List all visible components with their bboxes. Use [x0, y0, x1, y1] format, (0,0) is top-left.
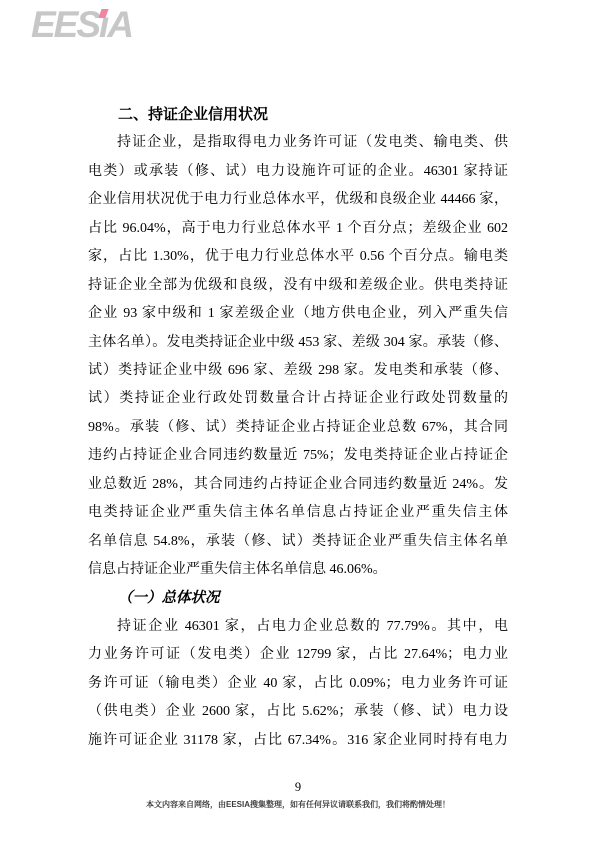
paragraph2-line: 施许可证企业 31178 家，占比 67.34%。316 家企业同时持有电力	[88, 727, 508, 755]
paragraph1-line: 试）类持证企业行政处罚数量合计占持证企业行政处罚数量的	[88, 385, 508, 413]
page-number: 9	[0, 779, 596, 795]
paragraph2-line: 力业务许可证（发电类）企业 12799 家，占比 27.64%；电力业	[88, 641, 508, 669]
paragraph1-line: 持证企业，是指取得电力业务许可证（发电类、输电类、供	[88, 129, 508, 157]
paragraph1-line: 电类持证企业严重失信主体名单信息占持证企业严重失信主体	[88, 499, 508, 527]
paragraph1-line: 企业信用状况优于电力行业总体水平，优级和良级企业 44466 家，	[88, 186, 508, 214]
paragraph1-line: 名单信息 54.8%，承装（修、试）类持证企业严重失信主体名单	[88, 528, 508, 556]
paragraph1-line: 电类）或承装（修、试）电力设施许可证的企业。46301 家持证	[88, 158, 508, 186]
footer-disclaimer: 本文内容来自网络，由EESIA搜集整理，如有任何异议请联系我们，我们将酌情处理！	[0, 799, 596, 810]
paragraph1-line: 主体名单）。发电类持证企业中级 453 家、差级 304 家。承装（修、	[88, 329, 508, 357]
paragraph1-line: 信息占持证企业严重失信主体名单信息 46.06%。	[88, 556, 508, 584]
paragraph1-line: 家，占比 1.30%，优于电力行业总体水平 0.56 个百分点。输电类	[88, 243, 508, 271]
logo-letters-pre: EES	[31, 4, 99, 45]
logo-letters-post: A	[107, 4, 132, 45]
paragraph1-line: 业总数近 28%，其合同违约占持证企业合同违约数量近 24%。发	[88, 471, 508, 499]
eesia-logo: EESıA	[31, 2, 132, 48]
subsection-heading: （一）总体状况	[88, 584, 508, 612]
paragraph2-line: 持证企业 46301 家，占电力企业总数的 77.79%。其中，电	[88, 613, 508, 641]
paragraph1-line: 企业 93 家中级和 1 家差级企业（地方供电企业，列入严重失信	[88, 300, 508, 328]
paragraph1-line: 试）类持证企业中级 696 家、差级 298 家。发电类和承装（修、	[88, 357, 508, 385]
paragraph2-line: 务许可证（输电类）企业 40 家，占比 0.09%；电力业务许可证	[88, 670, 508, 698]
section-heading: 二、持证企业信用状况	[88, 101, 508, 129]
paragraph1-line: 违约占持证企业合同违约数量近 75%；发电类持证企业占持证企	[88, 442, 508, 470]
paragraph2-line: （供电类）企业 2600 家，占比 5.62%；承装（修、试）电力设	[88, 698, 508, 726]
logo-letter-i: ı	[99, 2, 107, 48]
paragraph1-line: 98%。承装（修、试）类持证企业占持证企业总数 67%，其合同	[88, 414, 508, 442]
document-page: EESıA 二、持证企业信用状况 持证企业，是指取得电力业务许可证（发电类、输电…	[0, 0, 596, 842]
document-body: 二、持证企业信用状况 持证企业，是指取得电力业务许可证（发电类、输电类、供 电类…	[88, 101, 508, 755]
paragraph1-line: 持证企业全部为优级和良级，没有中级和差级企业。供电类持证	[88, 272, 508, 300]
paragraph1-line: 占比 96.04%，高于电力行业总体水平 1 个百分点；差级企业 602	[88, 215, 508, 243]
